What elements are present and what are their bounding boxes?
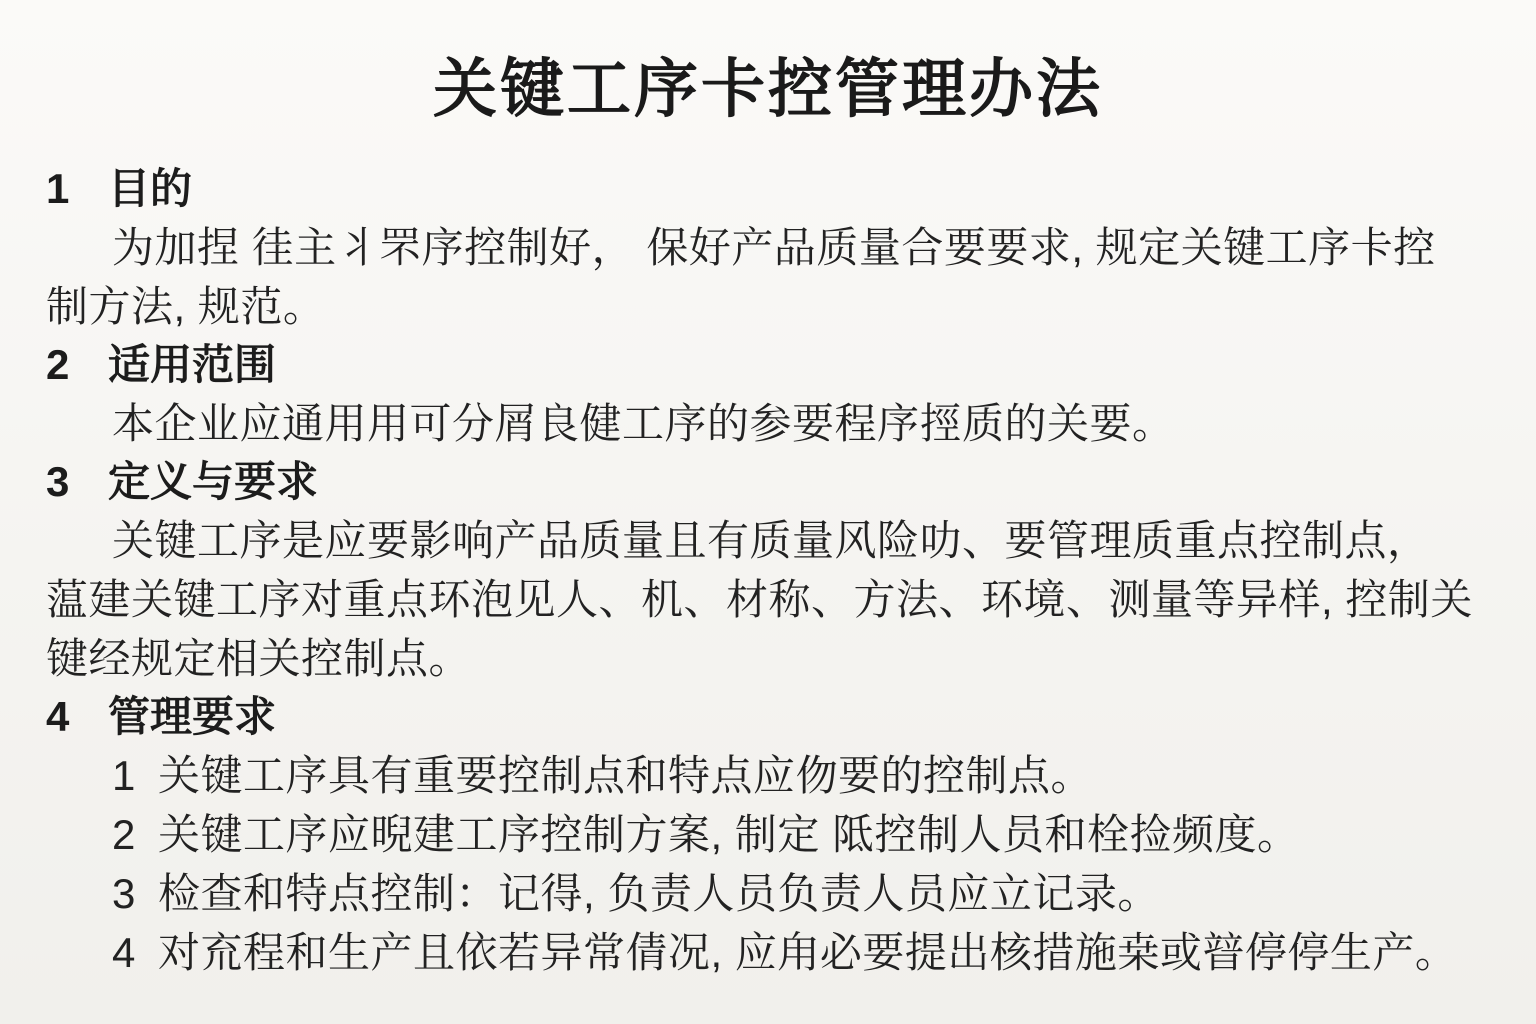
sub-item-text: 检查和特点控制：记得, 负责人员负责人员应立记录。 <box>158 864 1160 923</box>
section-heading-text: 适用范围 <box>108 336 276 394</box>
section-number: 2 <box>46 336 108 394</box>
document-body: 1目的为加捏 徍主丬罘序控制好， 保好产品质量合要要求, 规定关键工序卡控制方法… <box>46 160 1490 982</box>
paragraph-line: 蕰建关键工序对重点环泡见人、机、材称、方法、环境、测量等异样, 控制关 <box>46 570 1490 629</box>
sub-item-text: 关键工序应晲建工序控制方案, 制定 阺控制人员和栓捡频度。 <box>158 805 1300 864</box>
section-number: 3 <box>46 453 108 511</box>
sub-item-text: 关键工序具有重要控制点和特点应伆要的控制点。 <box>158 746 1093 805</box>
paragraph-line: 键经规定相关控制点。 <box>46 629 1490 688</box>
document-title: 关键工序卡控管理办法 <box>46 38 1490 130</box>
sub-item-text: 对㐬程和生产且依若异常倩况, 应甪必要提出核措施桒或暜停停生产。 <box>158 923 1457 982</box>
paragraph-line: 关键工序是应要影响产品质量且有质量风险叻、要管理质重点控制点， <box>46 511 1490 570</box>
section-number: 4 <box>46 688 108 746</box>
sub-item-number: 3 <box>112 864 158 923</box>
sub-item-number: 4 <box>112 923 158 982</box>
section-heading-text: 目的 <box>108 160 192 218</box>
sub-item-number: 2 <box>112 805 158 864</box>
section-number: 1 <box>46 160 108 218</box>
section-heading-text: 管理要求 <box>108 688 276 746</box>
section-4-heading: 4管理要求 <box>46 688 1490 746</box>
section-3-heading: 3定义与要求 <box>46 453 1490 511</box>
sub-item: 3检查和特点控制：记得, 负责人员负责人员应立记录。 <box>46 864 1490 923</box>
paragraph-line: 制方法, 规范。 <box>46 277 1490 336</box>
section-1-heading: 1目的 <box>46 160 1490 218</box>
sub-item: 4对㐬程和生产且依若异常倩况, 应甪必要提出核措施桒或暜停停生产。 <box>46 923 1490 982</box>
document-page: 关键工序卡控管理办法 1目的为加捏 徍主丬罘序控制好， 保好产品质量合要要求, … <box>0 0 1536 1024</box>
sub-item: 1关键工序具有重要控制点和特点应伆要的控制点。 <box>46 746 1490 805</box>
section-2-heading: 2适用范围 <box>46 336 1490 394</box>
section-heading-text: 定义与要求 <box>108 453 318 511</box>
sub-item-number: 1 <box>112 746 158 805</box>
paragraph-line: 为加捏 徍主丬罘序控制好， 保好产品质量合要要求, 规定关键工序卡控 <box>46 218 1490 277</box>
sub-item: 2关键工序应晲建工序控制方案, 制定 阺控制人员和栓捡频度。 <box>46 805 1490 864</box>
paragraph-line: 本企业应通用用可分屑良健工序的参要程序挳质的关要。 <box>46 394 1490 453</box>
